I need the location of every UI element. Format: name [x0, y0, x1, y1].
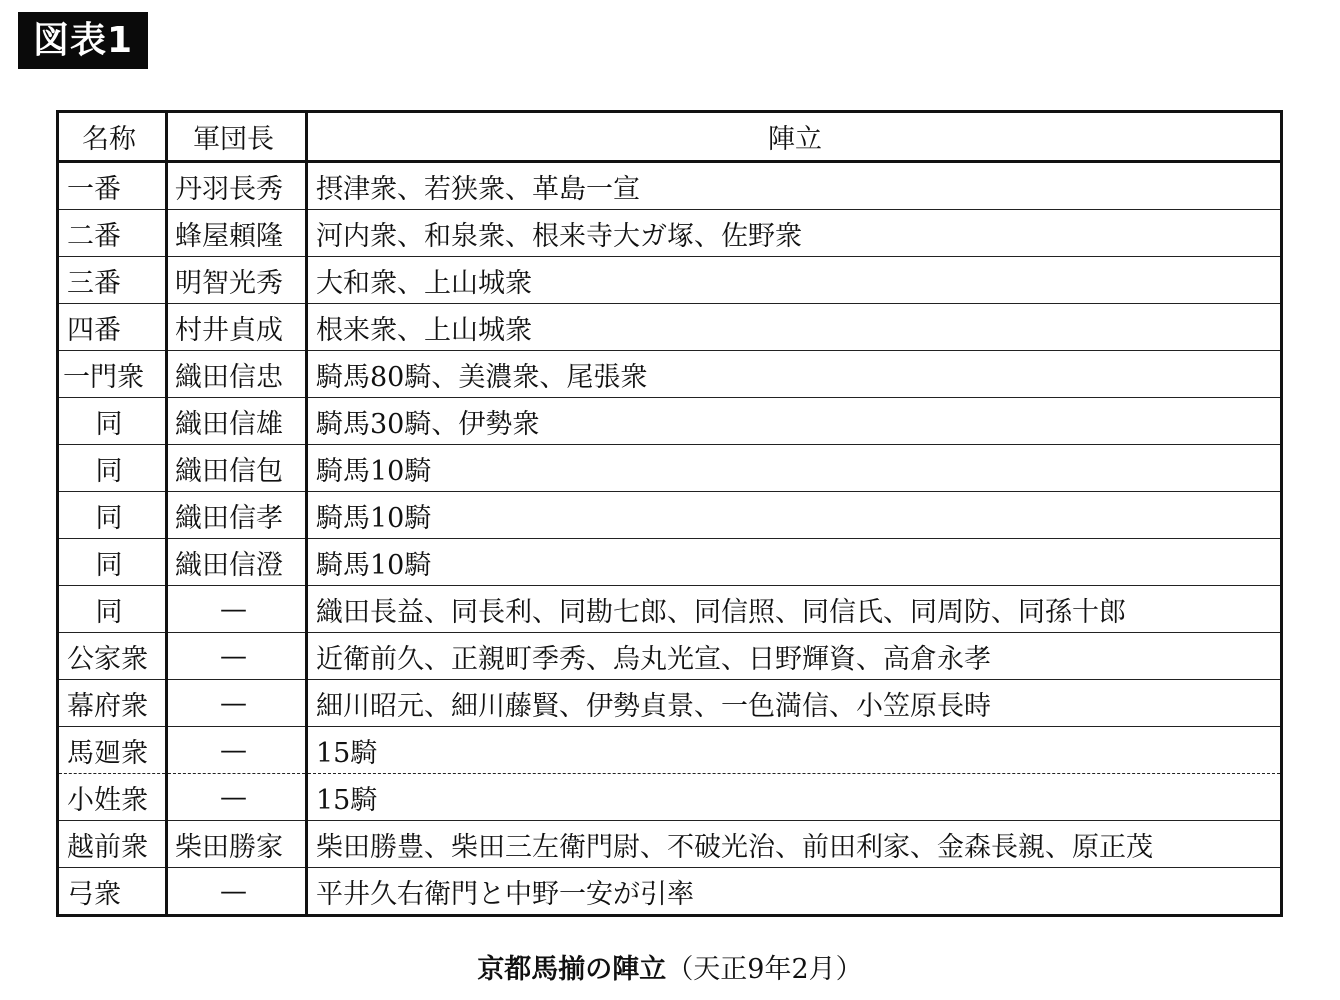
cell-formation: 騎馬80騎、美濃衆、尾張衆: [307, 351, 1282, 398]
table-row: 同 織田信包 騎馬10騎: [58, 445, 1282, 492]
cell-name: 同: [58, 398, 167, 445]
cell-leader: 柴田勝家: [167, 821, 307, 868]
cell-name: 小姓衆: [58, 774, 167, 821]
formation-table: 名称 軍団長 陣立 一番 丹羽長秀 摂津衆、若狭衆、革島一宣 二番 蜂屋頼隆 河…: [56, 110, 1283, 917]
cell-leader: 明智光秀: [167, 257, 307, 304]
cell-formation: 織田長益、同長利、同勘七郎、同信照、同信氏、同周防、同孫十郎: [307, 586, 1282, 633]
cell-name: 越前衆: [58, 821, 167, 868]
cell-name: 一番: [58, 162, 167, 210]
cell-name: 同: [58, 539, 167, 586]
cell-leader: 丹羽長秀: [167, 162, 307, 210]
table-row: 同 織田信雄 騎馬30騎、伊勢衆: [58, 398, 1282, 445]
cell-name: 三番: [58, 257, 167, 304]
header-formation: 陣立: [307, 112, 1282, 162]
table-row: 一番 丹羽長秀 摂津衆、若狭衆、革島一宣: [58, 162, 1282, 210]
table-row: 同 織田信孝 騎馬10騎: [58, 492, 1282, 539]
cell-formation: 大和衆、上山城衆: [307, 257, 1282, 304]
cell-formation: 細川昭元、細川藤賢、伊勢貞景、一色満信、小笠原長時: [307, 680, 1282, 727]
figure-label-badge: 図表1: [18, 12, 148, 69]
cell-leader: 織田信孝: [167, 492, 307, 539]
cell-leader: 織田信忠: [167, 351, 307, 398]
cell-formation: 摂津衆、若狭衆、革島一宣: [307, 162, 1282, 210]
table-row: 四番 村井貞成 根来衆、上山城衆: [58, 304, 1282, 351]
cell-leader: 村井貞成: [167, 304, 307, 351]
header-name: 名称: [58, 112, 167, 162]
cell-leader: —: [167, 868, 307, 916]
cell-name: 弓衆: [58, 868, 167, 916]
table-row: 小姓衆 — 15騎: [58, 774, 1282, 821]
header-leader: 軍団長: [167, 112, 307, 162]
cell-name: 同: [58, 492, 167, 539]
cell-formation: 騎馬10騎: [307, 445, 1282, 492]
table-row: 同 織田信澄 騎馬10騎: [58, 539, 1282, 586]
table-row: 同 — 織田長益、同長利、同勘七郎、同信照、同信氏、同周防、同孫十郎: [58, 586, 1282, 633]
cell-name: 二番: [58, 210, 167, 257]
cell-name: 一門衆: [58, 351, 167, 398]
cell-formation: 柴田勝豊、柴田三左衛門尉、不破光治、前田利家、金森長親、原正茂: [307, 821, 1282, 868]
cell-name: 馬廻衆: [58, 727, 167, 774]
cell-formation: 15騎: [307, 727, 1282, 774]
caption-title: 京都馬揃の陣立: [477, 954, 666, 985]
cell-leader: 織田信包: [167, 445, 307, 492]
table-row: 二番 蜂屋頼隆 河内衆、和泉衆、根来寺大ガ塚、佐野衆: [58, 210, 1282, 257]
cell-leader: —: [167, 727, 307, 774]
cell-formation: 騎馬10騎: [307, 539, 1282, 586]
cell-name: 幕府衆: [58, 680, 167, 727]
cell-leader: —: [167, 586, 307, 633]
table-row: 一門衆 織田信忠 騎馬80騎、美濃衆、尾張衆: [58, 351, 1282, 398]
table-row: 馬廻衆 — 15騎: [58, 727, 1282, 774]
table-row: 弓衆 — 平井久右衛門と中野一安が引率: [58, 868, 1282, 916]
cell-name: 同: [58, 445, 167, 492]
cell-leader: 蜂屋頼隆: [167, 210, 307, 257]
table-row: 公家衆 — 近衛前久、正親町季秀、烏丸光宣、日野輝資、高倉永孝: [58, 633, 1282, 680]
caption-date: （天正9年2月）: [666, 954, 862, 985]
table-row: 越前衆 柴田勝家 柴田勝豊、柴田三左衛門尉、不破光治、前田利家、金森長親、原正茂: [58, 821, 1282, 868]
cell-leader: —: [167, 680, 307, 727]
cell-formation: 15騎: [307, 774, 1282, 821]
cell-name: 公家衆: [58, 633, 167, 680]
cell-leader: 織田信澄: [167, 539, 307, 586]
table-header-row: 名称 軍団長 陣立: [58, 112, 1282, 162]
cell-leader: —: [167, 633, 307, 680]
cell-formation: 騎馬10騎: [307, 492, 1282, 539]
cell-formation: 平井久右衛門と中野一安が引率: [307, 868, 1282, 916]
cell-name: 四番: [58, 304, 167, 351]
cell-leader: 織田信雄: [167, 398, 307, 445]
cell-formation: 根来衆、上山城衆: [307, 304, 1282, 351]
cell-leader: —: [167, 774, 307, 821]
table-row: 三番 明智光秀 大和衆、上山城衆: [58, 257, 1282, 304]
cell-formation: 河内衆、和泉衆、根来寺大ガ塚、佐野衆: [307, 210, 1282, 257]
cell-formation: 近衛前久、正親町季秀、烏丸光宣、日野輝資、高倉永孝: [307, 633, 1282, 680]
table-row: 幕府衆 — 細川昭元、細川藤賢、伊勢貞景、一色満信、小笠原長時: [58, 680, 1282, 727]
cell-name: 同: [58, 586, 167, 633]
table-caption: 京都馬揃の陣立（天正9年2月）: [0, 950, 1340, 990]
formation-table-container: 名称 軍団長 陣立 一番 丹羽長秀 摂津衆、若狭衆、革島一宣 二番 蜂屋頼隆 河…: [56, 110, 1283, 917]
cell-formation: 騎馬30騎、伊勢衆: [307, 398, 1282, 445]
